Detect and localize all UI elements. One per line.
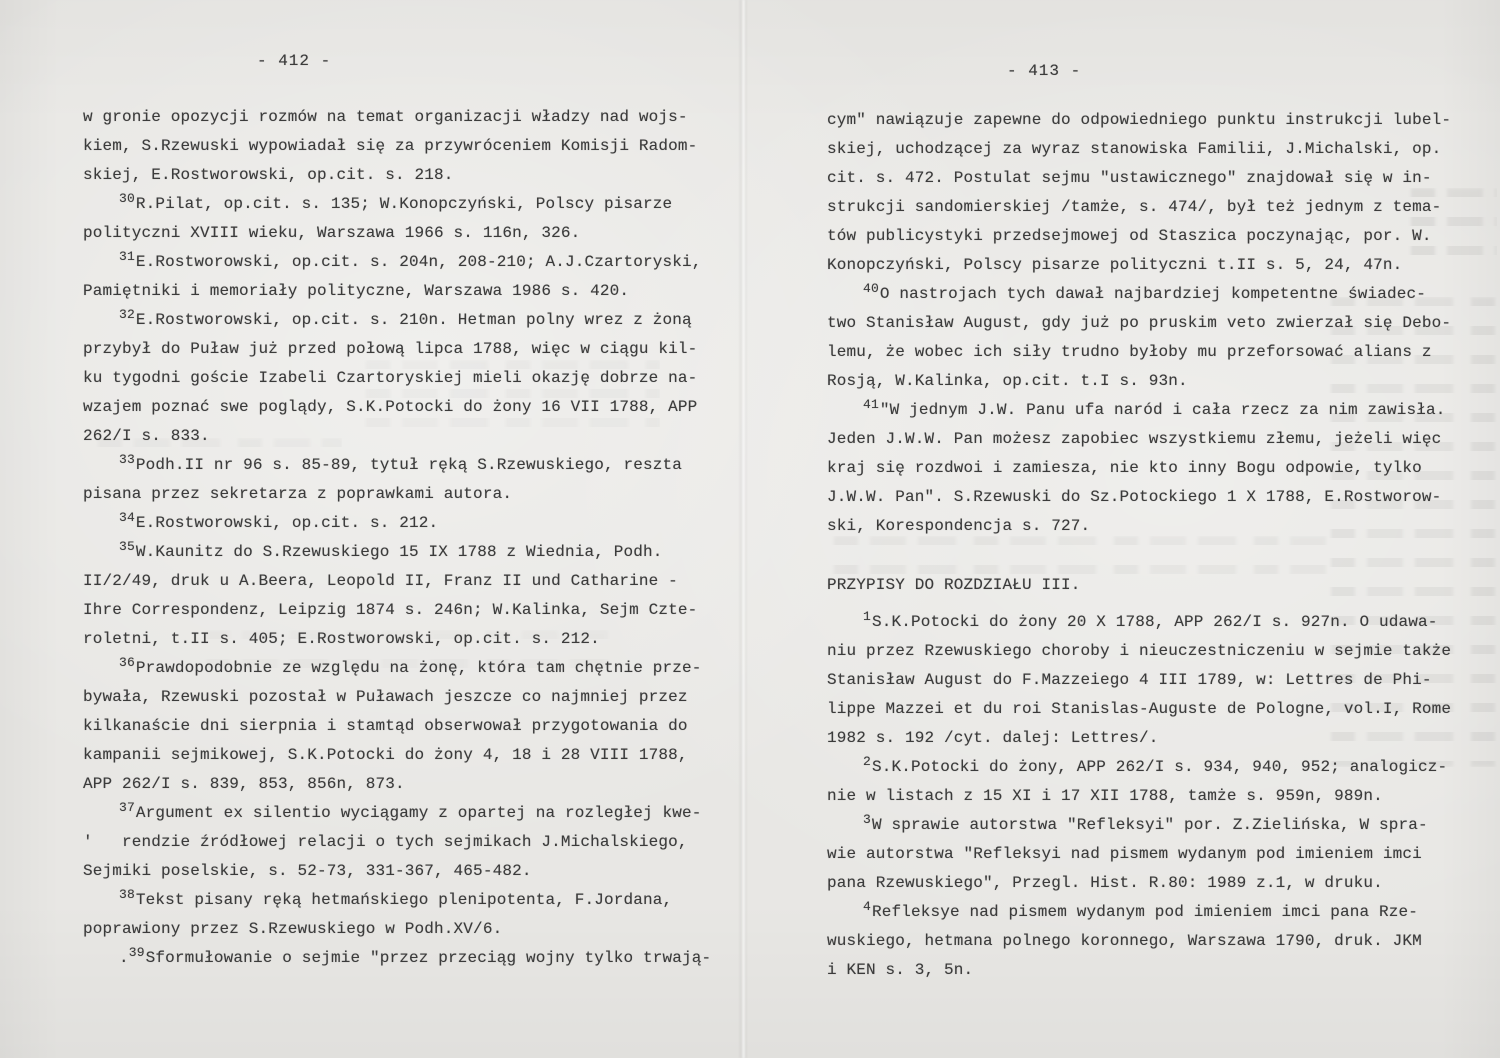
line-text: Refleksye nad pismem wydanym pod imienie… xyxy=(872,903,1418,921)
footnote-number: 41 xyxy=(863,397,879,412)
footnote-number: 36 xyxy=(119,655,135,670)
text-line: 1982 s. 192 /cyt. dalej: Lettres/. xyxy=(827,724,1487,753)
footnote-line: 3W sprawie autorstwa "Refleksyi" por. Z.… xyxy=(827,811,1487,840)
line-text: Ihre Correspondenz, Leipzig 1874 s. 246n… xyxy=(83,601,697,619)
text-line: wuskiego, hetmana polnego koronnego, War… xyxy=(827,927,1487,956)
page-number-right: - 413 - xyxy=(1007,62,1081,80)
line-text: i KEN s. 3, 5n. xyxy=(827,961,973,979)
line-text: lippe Mazzei et du roi Stanislas-Auguste… xyxy=(827,700,1451,718)
footnote-number: 3 xyxy=(863,812,871,827)
footnote-line: 31E.Rostworowski, op.cit. s. 204n, 208-2… xyxy=(83,248,723,277)
line-text: roletni, t.II s. 405; E.Rostworowski, op… xyxy=(83,630,600,648)
footnote-number: 31 xyxy=(119,249,135,264)
footnote-number: 38 xyxy=(119,887,135,902)
text-line: APP 262/I s. 839, 853, 856n, 873. xyxy=(83,770,723,799)
text-line: Sejmiki poselskie, s. 52-73, 331-367, 46… xyxy=(83,857,723,886)
text-line: poprawiony przez S.Rzewuskiego w Podh.XV… xyxy=(83,915,723,944)
text-line: kiem, S.Rzewuski wypowiadał się za przyw… xyxy=(83,132,723,161)
footnote-line: 4Refleksye nad pismem wydanym pod imieni… xyxy=(827,898,1487,927)
text-line: 262/I s. 833. xyxy=(83,422,723,451)
line-text: Rosją, W.Kalinka, op.cit. t.I s. 93n. xyxy=(827,372,1188,390)
text-line: polityczni XVIII wieku, Warszawa 1966 s.… xyxy=(83,219,723,248)
line-text: E.Rostworowski, op.cit. s. 212. xyxy=(136,514,438,532)
line-text: ku tygodni goście Izabeli Czartoryskiej … xyxy=(83,369,697,387)
footnote-number: 37 xyxy=(119,800,135,815)
footnote-line: 40O nastrojach tych dawał najbardziej ko… xyxy=(827,280,1487,309)
right-page-text-column-bottom: 1S.K.Potocki do żony 20 X 1788, APP 262/… xyxy=(827,608,1487,985)
footnote-number: 1 xyxy=(863,609,871,624)
footnote-number: 30 xyxy=(119,191,135,206)
text-line: Konopczyński, Polscy pisarze polityczni … xyxy=(827,251,1487,280)
text-line: J.W.W. Pan". S.Rzewuski do Sz.Potockiego… xyxy=(827,483,1487,512)
footnote-line: 30R.Pilat, op.cit. s. 135; W.Konopczyńsk… xyxy=(83,190,723,219)
line-text: Stanisław August do F.Mazzeiego 4 III 17… xyxy=(827,671,1432,689)
line-text: E.Rostworowski, op.cit. s. 204n, 208-210… xyxy=(136,253,702,271)
footnote-number: 32 xyxy=(119,307,135,322)
line-text: W sprawie autorstwa "Refleksyi" por. Z.Z… xyxy=(872,816,1428,834)
line-text: ' rendzie źródłowej relacji o tych sejmi… xyxy=(83,833,688,851)
bleedthrough-artifact xyxy=(828,536,1328,576)
text-line: pisana przez sekretarza z poprawkami aut… xyxy=(83,480,723,509)
line-text: 1982 s. 192 /cyt. dalej: Lettres/. xyxy=(827,729,1159,747)
right-page-text-column-top: cym" nawiązuje zapewne do odpowiedniego … xyxy=(827,106,1487,541)
footnote-line: 33Podh.II nr 96 s. 85-89, tytuł ręką S.R… xyxy=(83,451,723,480)
footnote-number: 40 xyxy=(863,281,879,296)
line-text: wie autorstwa "Refleksyi nad pismem wyda… xyxy=(827,845,1422,863)
line-text: Prawdopodobnie ze względu na żonę, która… xyxy=(136,659,702,677)
line-text: w gronie opozycji rozmów na temat organi… xyxy=(83,108,688,126)
footnote-line: .39Sformułowanie o sejmie "przez przecią… xyxy=(83,944,723,973)
text-line: pana Rzewuskiego", Przegl. Hist. R.80: 1… xyxy=(827,869,1487,898)
footnote-line: 37Argument ex silentio wyciągamy z opart… xyxy=(83,799,723,828)
footnote-line: 38Tekst pisany ręką hetmańskiego plenipo… xyxy=(83,886,723,915)
line-text: polityczni XVIII wieku, Warszawa 1966 s.… xyxy=(83,224,580,242)
footnote-line: 41"W jednym J.W. Panu ufa naród i cała r… xyxy=(827,396,1487,425)
text-line: i KEN s. 3, 5n. xyxy=(827,956,1487,985)
footnote-line: 2S.K.Potocki do żony, APP 262/I s. 934, … xyxy=(827,753,1487,782)
footnote-line: 34E.Rostworowski, op.cit. s. 212. xyxy=(83,509,723,538)
text-line: lemu, że wobec ich siły trudno byłoby mu… xyxy=(827,338,1487,367)
line-text: bywała, Rzewuski pozostał w Puławach jes… xyxy=(83,688,688,706)
text-line: kilkanaście dni sierpnia i stamtąd obser… xyxy=(83,712,723,741)
line-text: ski, Korespondencja s. 727. xyxy=(827,517,1090,535)
page-fold-crease xyxy=(738,0,748,1058)
line-text: II/2/49, druk u A.Beera, Leopold II, Fra… xyxy=(83,572,678,590)
line-text: skiej, E.Rostworowski, op.cit. s. 218. xyxy=(83,166,454,184)
line-text: S.K.Potocki do żony, APP 262/I s. 934, 9… xyxy=(872,758,1447,776)
line-text: APP 262/I s. 839, 853, 856n, 873. xyxy=(83,775,405,793)
line-text: skiej, uchodzącej za wyraz stanowiska Fa… xyxy=(827,140,1441,158)
line-text: W.Kaunitz do S.Rzewuskiego 15 IX 1788 z … xyxy=(136,543,663,561)
footnote-number: 34 xyxy=(119,510,135,525)
line-text: cit. s. 472. Postulat sejmu "ustawiczneg… xyxy=(827,169,1432,187)
scanned-book-spread: { "colors": { "paper": "#e8e7e4", "ink":… xyxy=(0,0,1500,1058)
text-line: bywała, Rzewuski pozostał w Puławach jes… xyxy=(83,683,723,712)
text-line: skiej, uchodzącej za wyraz stanowiska Fa… xyxy=(827,135,1487,164)
section-heading: PRZYPISY DO ROZDZIAŁU III. xyxy=(827,571,1081,600)
page-number-left: - 412 - xyxy=(257,52,331,70)
line-text: Argument ex silentio wyciągamy z opartej… xyxy=(136,804,702,822)
line-text: "W jednym J.W. Panu ufa naród i cała rze… xyxy=(880,401,1446,419)
line-text: O nastrojach tych dawał najbardziej komp… xyxy=(880,285,1426,303)
text-line: ku tygodni goście Izabeli Czartoryskiej … xyxy=(83,364,723,393)
line-text: pana Rzewuskiego", Przegl. Hist. R.80: 1… xyxy=(827,874,1383,892)
left-page-text-column: w gronie opozycji rozmów na temat organi… xyxy=(83,103,723,973)
text-line: nie w listach z 15 XI i 17 XII 1788, tam… xyxy=(827,782,1487,811)
line-text: S.K.Potocki do żony 20 X 1788, APP 262/I… xyxy=(872,613,1438,631)
text-line: roletni, t.II s. 405; E.Rostworowski, op… xyxy=(83,625,723,654)
text-line: tów publicystyki przedsejmowej od Staszi… xyxy=(827,222,1487,251)
text-line: ' rendzie źródłowej relacji o tych sejmi… xyxy=(83,828,723,857)
text-line: przybył do Puław już przed połową lipca … xyxy=(83,335,723,364)
footnote-line: 36Prawdopodobnie ze względu na żonę, któ… xyxy=(83,654,723,683)
line-text: Tekst pisany ręką hetmańskiego plenipote… xyxy=(136,891,672,909)
text-line: strukcji sandomierskiej /tamże, s. 474/,… xyxy=(827,193,1487,222)
line-text: Konopczyński, Polscy pisarze polityczni … xyxy=(827,256,1402,274)
text-line: kampanii sejmikowej, S.K.Potocki do żony… xyxy=(83,741,723,770)
line-text: wuskiego, hetmana polnego koronnego, War… xyxy=(827,932,1422,950)
text-line: ski, Korespondencja s. 727. xyxy=(827,512,1487,541)
text-line: Pamiętniki i memoriały polityczne, Warsz… xyxy=(83,277,723,306)
line-text: Podh.II nr 96 s. 85-89, tytuł ręką S.Rze… xyxy=(136,456,682,474)
line-text: kiem, S.Rzewuski wypowiadał się za przyw… xyxy=(83,137,697,155)
line-text: strukcji sandomierskiej /tamże, s. 474/,… xyxy=(827,198,1441,216)
text-line: wie autorstwa "Refleksyi nad pismem wyda… xyxy=(827,840,1487,869)
line-text: Jeden J.W.W. Pan możesz zapobiec wszystk… xyxy=(827,430,1441,448)
text-line: lippe Mazzei et du roi Stanislas-Auguste… xyxy=(827,695,1487,724)
text-line: Rosją, W.Kalinka, op.cit. t.I s. 93n. xyxy=(827,367,1487,396)
text-line: two Stanisław August, gdy już po pruskim… xyxy=(827,309,1487,338)
text-line: wzajem poznać swe poglądy, S.K.Potocki d… xyxy=(83,393,723,422)
line-text: nie w listach z 15 XI i 17 XII 1788, tam… xyxy=(827,787,1383,805)
footnote-line: 35W.Kaunitz do S.Rzewuskiego 15 IX 1788 … xyxy=(83,538,723,567)
text-line: cit. s. 472. Postulat sejmu "ustawiczneg… xyxy=(827,164,1487,193)
text-line: kraj się rozdwoi i zamiesza, nie kto inn… xyxy=(827,454,1487,483)
text-line: Jeden J.W.W. Pan możesz zapobiec wszystk… xyxy=(827,425,1487,454)
line-text: kraj się rozdwoi i zamiesza, nie kto inn… xyxy=(827,459,1422,477)
text-line: w gronie opozycji rozmów na temat organi… xyxy=(83,103,723,132)
line-text: cym" nawiązuje zapewne do odpowiedniego … xyxy=(827,111,1451,129)
line-text: 262/I s. 833. xyxy=(83,427,210,445)
line-text: Pamiętniki i memoriały polityczne, Warsz… xyxy=(83,282,629,300)
text-line: Ihre Correspondenz, Leipzig 1874 s. 246n… xyxy=(83,596,723,625)
line-text: lemu, że wobec ich siły trudno byłoby mu… xyxy=(827,343,1432,361)
line-text: przybył do Puław już przed połową lipca … xyxy=(83,340,697,358)
line-text: niu przez Rzewuskiego choroby i nieuczes… xyxy=(827,642,1451,660)
text-line: skiej, E.Rostworowski, op.cit. s. 218. xyxy=(83,161,723,190)
footnote-number: 39 xyxy=(129,945,145,960)
line-text: poprawiony przez S.Rzewuskiego w Podh.XV… xyxy=(83,920,502,938)
line-text: tów publicystyki przedsejmowej od Staszi… xyxy=(827,227,1432,245)
footnote-number: 2 xyxy=(863,754,871,769)
text-line: Stanisław August do F.Mazzeiego 4 III 17… xyxy=(827,666,1487,695)
footnote-line: 32E.Rostworowski, op.cit. s. 210n. Hetma… xyxy=(83,306,723,335)
line-text: pisana przez sekretarza z poprawkami aut… xyxy=(83,485,512,503)
line-text: kilkanaście dni sierpnia i stamtąd obser… xyxy=(83,717,688,735)
line-text: Sejmiki poselskie, s. 52-73, 331-367, 46… xyxy=(83,862,532,880)
footnote-number: 4 xyxy=(863,899,871,914)
text-line: cym" nawiązuje zapewne do odpowiedniego … xyxy=(827,106,1487,135)
footnote-number: 33 xyxy=(119,452,135,467)
line-text: kampanii sejmikowej, S.K.Potocki do żony… xyxy=(83,746,688,764)
line-text: E.Rostworowski, op.cit. s. 210n. Hetman … xyxy=(136,311,692,329)
line-text: R.Pilat, op.cit. s. 135; W.Konopczyński,… xyxy=(136,195,672,213)
line-text: Sformułowanie o sejmie "przez przeciąg w… xyxy=(146,949,712,967)
footnote-line: 1S.K.Potocki do żony 20 X 1788, APP 262/… xyxy=(827,608,1487,637)
text-line: II/2/49, druk u A.Beera, Leopold II, Fra… xyxy=(83,567,723,596)
line-lead-mark: . xyxy=(119,949,129,967)
footnote-number: 35 xyxy=(119,539,135,554)
line-text: J.W.W. Pan". S.Rzewuski do Sz.Potockiego… xyxy=(827,488,1441,506)
text-line: niu przez Rzewuskiego choroby i nieuczes… xyxy=(827,637,1487,666)
line-text: two Stanisław August, gdy już po pruskim… xyxy=(827,314,1451,332)
line-text: wzajem poznać swe poglądy, S.K.Potocki d… xyxy=(83,398,697,416)
